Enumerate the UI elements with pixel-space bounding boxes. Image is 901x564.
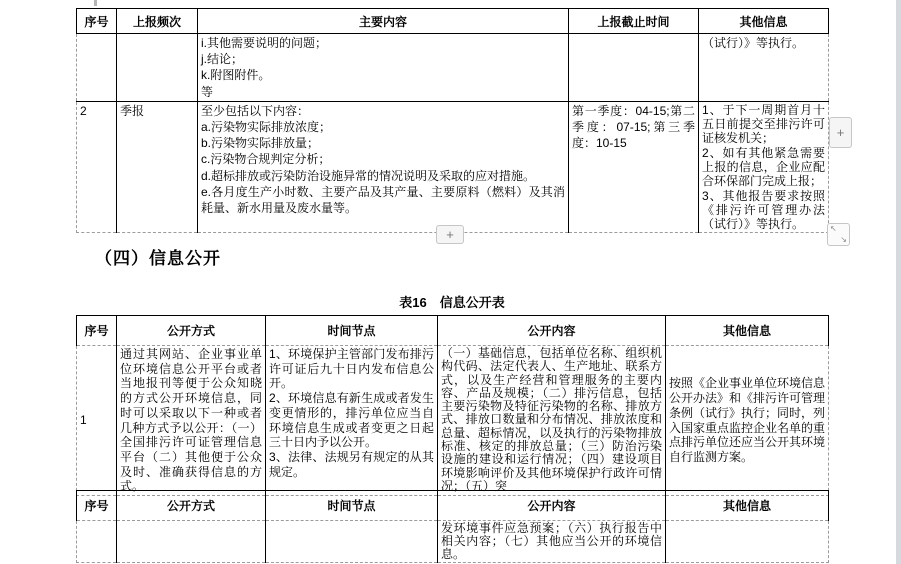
- col-header-frequency: 上报频次: [117, 9, 198, 34]
- cell-deadline[interactable]: 第一季度：04-15;第二季度：07-15;第三季度：10-15: [569, 101, 699, 233]
- cell-seq[interactable]: 2: [77, 101, 117, 233]
- add-row-button[interactable]: +: [436, 225, 464, 244]
- col-header-seq: 序号: [77, 491, 117, 521]
- table-row: i.其他需要说明的问题； j.结论； k.附图附件。 等 （试行）》等执行。: [77, 34, 829, 102]
- ruler-tick: [94, 0, 97, 6]
- table-header-row: 序号 公开方式 时间节点 公开内容 其他信息: [77, 316, 829, 346]
- table-caption[interactable]: 表16 信息公开表: [76, 292, 828, 311]
- col-header-content: 公开内容: [438, 316, 666, 346]
- col-header-timing: 时间节点: [266, 316, 438, 346]
- col-header-other-info: 其他信息: [666, 316, 829, 346]
- scrollbar-track[interactable]: [896, 0, 901, 564]
- cell-content[interactable]: 发环境事件应急预案；（六）执行报告中相关内容；（七）其他应当公开的环境信息。: [438, 521, 666, 563]
- cell-method[interactable]: 通过其网站、企业事业单位环境信息公开平台或者当地报刊等便于公众知晓的方式公开环境…: [117, 346, 266, 496]
- col-header-seq: 序号: [77, 9, 117, 34]
- col-header-method: 公开方式: [117, 491, 266, 521]
- plus-icon: +: [446, 228, 454, 241]
- cell-seq[interactable]: [77, 521, 117, 563]
- table-header-row: 序号 上报频次 主要内容 上报截止时间 其他信息: [77, 9, 829, 34]
- cell-seq[interactable]: [77, 34, 117, 102]
- cell-other-info[interactable]: （试行）》等执行。: [699, 34, 829, 102]
- cell-frequency[interactable]: [117, 34, 198, 102]
- table-header-row: 序号 公开方式 时间节点 公开内容 其他信息: [77, 491, 829, 521]
- arrow-down-right-icon: ↘: [840, 236, 847, 244]
- table-row: 发环境事件应急预案；（六）执行报告中相关内容；（七）其他应当公开的环境信息。: [77, 521, 829, 563]
- col-header-method: 公开方式: [117, 316, 266, 346]
- col-header-timing: 时间节点: [266, 491, 438, 521]
- section-heading[interactable]: （四）信息公开: [95, 244, 221, 269]
- info-disclosure-table-continued: 序号 公开方式 时间节点 公开内容 其他信息 发环境事件应急预案；（六）执行报告…: [76, 490, 829, 563]
- cell-main-content[interactable]: i.其他需要说明的问题； j.结论； k.附图附件。 等: [198, 34, 569, 102]
- col-header-other-info: 其他信息: [666, 491, 829, 521]
- col-header-main-content: 主要内容: [198, 9, 569, 34]
- cell-timing[interactable]: [266, 521, 438, 563]
- report-frequency-table: 序号 上报频次 主要内容 上报截止时间 其他信息 i.其他需要说明的问题； j.…: [76, 8, 829, 233]
- table-row: 1 通过其网站、企业事业单位环境信息公开平台或者当地报刊等便于公众知晓的方式公开…: [77, 346, 829, 496]
- cell-other-info[interactable]: 1、于下一周期首月十五日前提交至排污许可证核发机关； 2、如有其他紧急需要上报的…: [699, 101, 829, 233]
- add-column-button[interactable]: +: [829, 117, 852, 148]
- document-page: 序号 上报频次 主要内容 上报截止时间 其他信息 i.其他需要说明的问题； j.…: [0, 0, 901, 564]
- info-disclosure-table: 序号 公开方式 时间节点 公开内容 其他信息 1 通过其网站、企业事业单位环境信…: [76, 315, 829, 496]
- table-row: 2 季报 至少包括以下内容： a.污染物实际排放浓度； b.污染物实际排放量； …: [77, 101, 829, 233]
- cell-seq[interactable]: 1: [77, 346, 117, 496]
- cell-timing[interactable]: 1、环境保护主管部门发布排污许可证后九十日内发布信息公开。 2、环境信息有新生成…: [266, 346, 438, 496]
- cell-method[interactable]: [117, 521, 266, 563]
- col-header-deadline: 上报截止时间: [569, 9, 699, 34]
- arrow-up-left-icon: ↖: [830, 225, 837, 233]
- col-header-other-info: 其他信息: [699, 9, 829, 34]
- plus-icon: +: [837, 126, 845, 139]
- cell-content[interactable]: （一）基础信息，包括单位名称、组织机构代码、法定代表人、生产地址、联系方式，以及…: [438, 346, 666, 496]
- cell-other-info[interactable]: [666, 521, 829, 563]
- cell-deadline[interactable]: [569, 34, 699, 102]
- table-resize-handle[interactable]: ↖ ↘: [827, 223, 850, 246]
- cell-frequency[interactable]: 季报: [117, 101, 198, 233]
- cell-main-content[interactable]: 至少包括以下内容： a.污染物实际排放浓度； b.污染物实际排放量； c.污染物…: [198, 101, 569, 233]
- col-header-content: 公开内容: [438, 491, 666, 521]
- cell-other-info[interactable]: 按照《企业事业单位环境信息公开办法》和《排污许可管理条例（试行》执行；同时，列入…: [666, 346, 829, 496]
- col-header-seq: 序号: [77, 316, 117, 346]
